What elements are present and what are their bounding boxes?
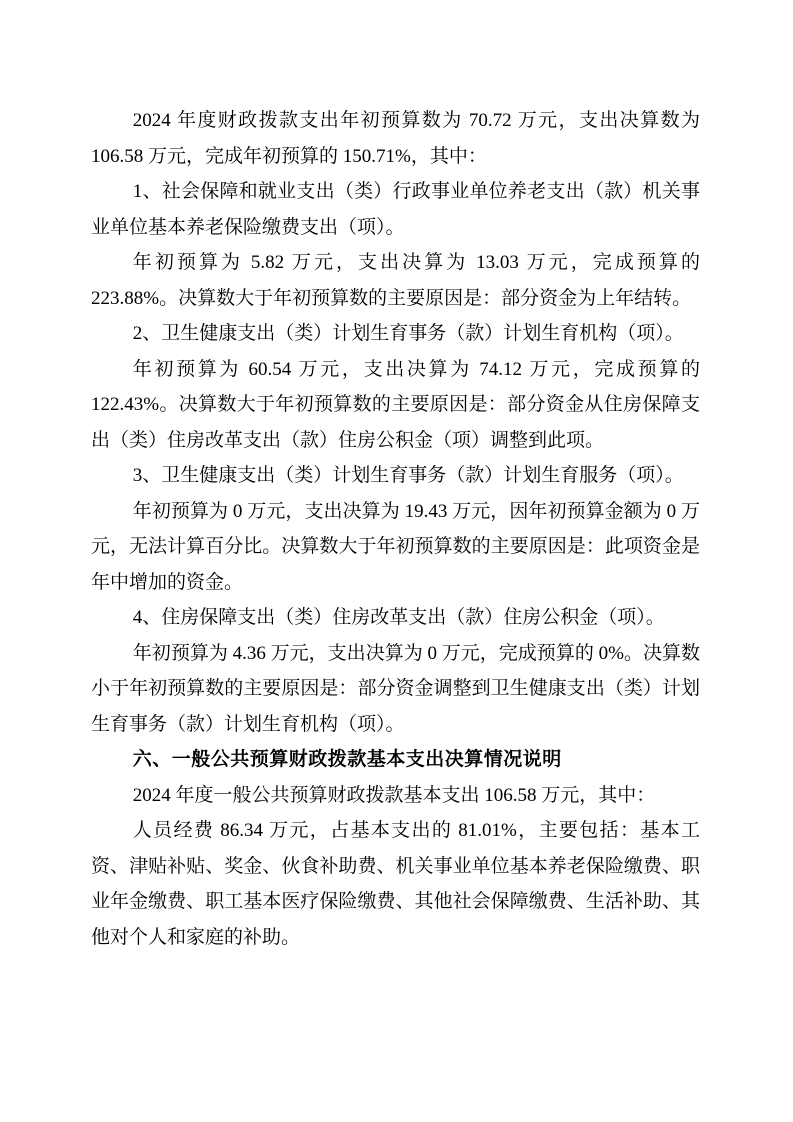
section-heading-basic-expenditure: 六、一般公共预算财政拨款基本支出决算情况说明 bbox=[91, 742, 700, 778]
paragraph-item-1-title: 1、社会保障和就业支出（类）行政事业单位养老支出（款）机关事业单位基本养老保险缴… bbox=[91, 174, 700, 245]
paragraph-basic-expenditure-summary: 2024 年度一般公共预算财政拨款基本支出 106.58 万元，其中： bbox=[91, 778, 700, 814]
paragraph-item-4-detail: 年初预算为 4.36 万元，支出决算为 0 万元，完成预算的 0%。决算数小于年… bbox=[91, 636, 700, 743]
document-body: 2024 年度财政拨款支出年初预算数为 70.72 万元，支出决算数为 106.… bbox=[91, 103, 700, 955]
paragraph-item-3-detail: 年初预算为 0 万元，支出决算为 19.43 万元，因年初预算金额为 0 万元，… bbox=[91, 494, 700, 601]
paragraph-item-1-detail: 年初预算为 5.82 万元，支出决算为 13.03 万元，完成预算的 223.8… bbox=[91, 245, 700, 316]
paragraph-item-3-title: 3、卫生健康支出（类）计划生育事务（款）计划生育服务（项）。 bbox=[91, 458, 700, 494]
document-page: 2024 年度财政拨款支出年初预算数为 70.72 万元，支出决算数为 106.… bbox=[0, 0, 793, 1122]
paragraph-item-2-title: 2、卫生健康支出（类）计划生育事务（款）计划生育机构（项）。 bbox=[91, 316, 700, 352]
paragraph-fiscal-expenditure-summary: 2024 年度财政拨款支出年初预算数为 70.72 万元，支出决算数为 106.… bbox=[91, 103, 700, 174]
paragraph-item-2-detail: 年初预算为 60.54 万元，支出决算为 74.12 万元，完成预算的 122.… bbox=[91, 352, 700, 459]
paragraph-personnel-expenses-detail: 人员经费 86.34 万元，占基本支出的 81.01%，主要包括：基本工资、津贴… bbox=[91, 813, 700, 955]
paragraph-item-4-title: 4、住房保障支出（类）住房改革支出（款）住房公积金（项）。 bbox=[91, 600, 700, 636]
